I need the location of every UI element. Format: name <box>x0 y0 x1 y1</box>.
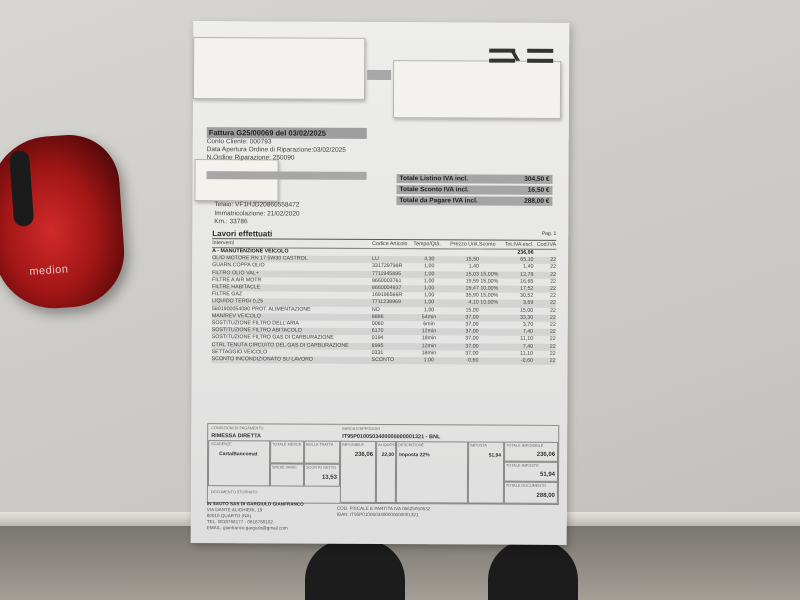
aliquota-cell: Aliquota 22,00 <box>376 441 396 503</box>
conto-cliente: 000793 <box>250 138 272 145</box>
condizioni: RIMESSA DIRETTA <box>211 433 261 439</box>
total-label: Totale Listino IVA incl. <box>400 175 469 182</box>
brand-logo <box>489 49 553 63</box>
column-header: Tempo/Qtà. <box>413 240 445 249</box>
total-row: Totale da Pagare IVA incl.288,00 € <box>396 196 552 206</box>
column-header: Tot.IVA escl. <box>500 241 534 250</box>
totale-imposte: 51,94 <box>540 472 555 478</box>
column-header: Codice Articolo <box>372 240 413 249</box>
aliquota: 22,00 <box>382 452 395 458</box>
header-band <box>367 70 391 80</box>
total-row: Totale Listino IVA incl.304,50 € <box>397 174 553 184</box>
column-header: Prezzo Unit. <box>445 240 479 249</box>
scroll-wheel <box>9 150 34 227</box>
works-section: Lavori effettuatiPag. 1 InterventiCodice… <box>212 229 557 365</box>
column-header: Sconto <box>479 241 500 250</box>
total-value: 304,50 € <box>524 176 549 183</box>
totale-imposte-cell: Totale imposte 51,94 <box>504 462 558 482</box>
total-value: 288,00 € <box>524 198 549 205</box>
company-iban: IBAN: IT95P0100503400000000001321 <box>337 512 430 518</box>
shoe-left <box>305 540 405 600</box>
descrizione: Imposta 22% <box>399 452 430 458</box>
data-apertura: 03/02/2025 <box>313 147 346 154</box>
totale-imponibile-label: Totale imponibile <box>506 444 543 448</box>
totale-merce-label: Totale merce <box>272 442 301 446</box>
sconto-netto: 13,53 <box>322 475 337 481</box>
total-row: Totale Sconto IVA incl.16,50 € <box>396 185 552 195</box>
sconto-netto-cell: Sconto netto 13,53 <box>304 464 340 487</box>
spese-varie-label: Spese varie <box>272 465 297 469</box>
computer-mouse: medion <box>0 132 128 313</box>
bolla-tratta-cell: Bolla tratta <box>304 441 340 464</box>
customer-band <box>207 171 367 180</box>
imposta: 51,94 <box>489 453 502 459</box>
total-value: 16,50 € <box>528 187 550 194</box>
total-label: Totale da Pagare IVA incl. <box>399 197 477 204</box>
ordine-label: N.Ordine Riparazione: <box>207 154 271 161</box>
totale-documento: 288,00 <box>537 493 555 499</box>
sconto-netto-label: Sconto netto <box>306 466 336 470</box>
page-number: Pag. 1 <box>542 231 557 240</box>
mouse-brand: medion <box>29 263 69 278</box>
company-footer: IN SAUTO SAS DI GARGIULO GIANFRANCO VIA … <box>207 501 304 532</box>
totale-imponibile-cell: Totale imponibile 236,06 <box>504 442 558 462</box>
works-table: InterventiCodice ArticoloTempo/Qtà.Prezz… <box>212 239 557 365</box>
condizioni-label: Condizioni di pagamento <box>211 426 263 430</box>
ordine: 250090 <box>273 154 295 161</box>
totale-documento-cell: Totale documento 288,00 <box>504 482 558 504</box>
company-fiscal: COD. FISCALE E PARTITA IVA 05625050632 I… <box>337 506 430 518</box>
banca: IT95P0100503400000000001321 - BNL <box>342 434 440 441</box>
imposta-label: Imposta <box>470 443 487 447</box>
immatricolazione: 21/02/2020 <box>267 210 300 217</box>
descrizione-label: Descrizione <box>398 443 424 447</box>
imponibile-label: Imponibile <box>342 443 364 447</box>
km: 33786 <box>229 218 247 225</box>
invoice-title: Fattura G25/00069 del 03/02/2025 <box>207 127 367 139</box>
column-header: Cod.IVA <box>534 241 557 250</box>
telaio-label: Telaio: <box>214 201 233 208</box>
spese-varie-cell: Spese varie <box>270 463 304 486</box>
table-row: SCONTO INCONDIZIONATO SU LAVOROSCONTO1,0… <box>212 356 556 365</box>
bolla-tratta-label: Bolla tratta <box>306 443 333 447</box>
documento-stornato-label: Documento stornato <box>211 490 258 494</box>
redaction-sticker-top-right <box>393 60 561 119</box>
invoice-paper: Fattura G25/00069 del 03/02/2025 Conto C… <box>191 21 570 545</box>
scadenze-label: Scadenze <box>211 442 232 446</box>
payment-box: Condizioni di pagamento RIMESSA DIRETTA … <box>207 423 559 505</box>
data-apertura-label: Data Apertura Ordine di Riparazione: <box>207 146 314 154</box>
telaio: VF1HJD20860558472 <box>235 201 299 208</box>
works-title: Lavori effettuati <box>212 229 272 238</box>
immatricolazione-label: Immatricolazione: <box>214 210 265 217</box>
totale-merce-cell: Totale merce <box>270 440 304 463</box>
scadenze-cell: Scadenze Carta/Bancomat <box>208 440 270 486</box>
company-email: EMAIL: gianfranco.gargiulo@gmail.com <box>207 525 304 532</box>
conto-cliente-label: Conto Cliente: <box>207 138 248 145</box>
totals-box: Totale Listino IVA incl.304,50 €Totale S… <box>396 174 552 208</box>
invoice-header: Fattura G25/00069 del 03/02/2025 Conto C… <box>207 127 367 163</box>
redaction-sticker-top-left <box>193 37 365 100</box>
vehicle-info: Telaio: VF1HJD20860558472 Immatricolazio… <box>214 201 299 227</box>
scadenze: Carta/Bancomat <box>219 451 257 457</box>
descrizione-cell: Descrizione Imposta 22% <box>396 441 468 503</box>
redaction-sticker-customer <box>194 159 278 201</box>
imponibile-cell: Imponibile 236,06 <box>340 441 376 503</box>
banca-label: Banca d'appoggio <box>342 427 380 431</box>
total-label: Totale Sconto IVA incl. <box>399 186 468 193</box>
imposta-cell: Imposta 51,94 <box>468 441 504 503</box>
imponibile: 236,06 <box>355 452 373 458</box>
aliquota-label: Aliquota <box>378 443 397 447</box>
totale-imponibile: 236,06 <box>537 452 555 458</box>
km-label: Km.: <box>214 218 227 225</box>
totale-documento-label: Totale documento <box>506 484 546 488</box>
totale-imposte-label: Totale imposte <box>506 464 539 468</box>
